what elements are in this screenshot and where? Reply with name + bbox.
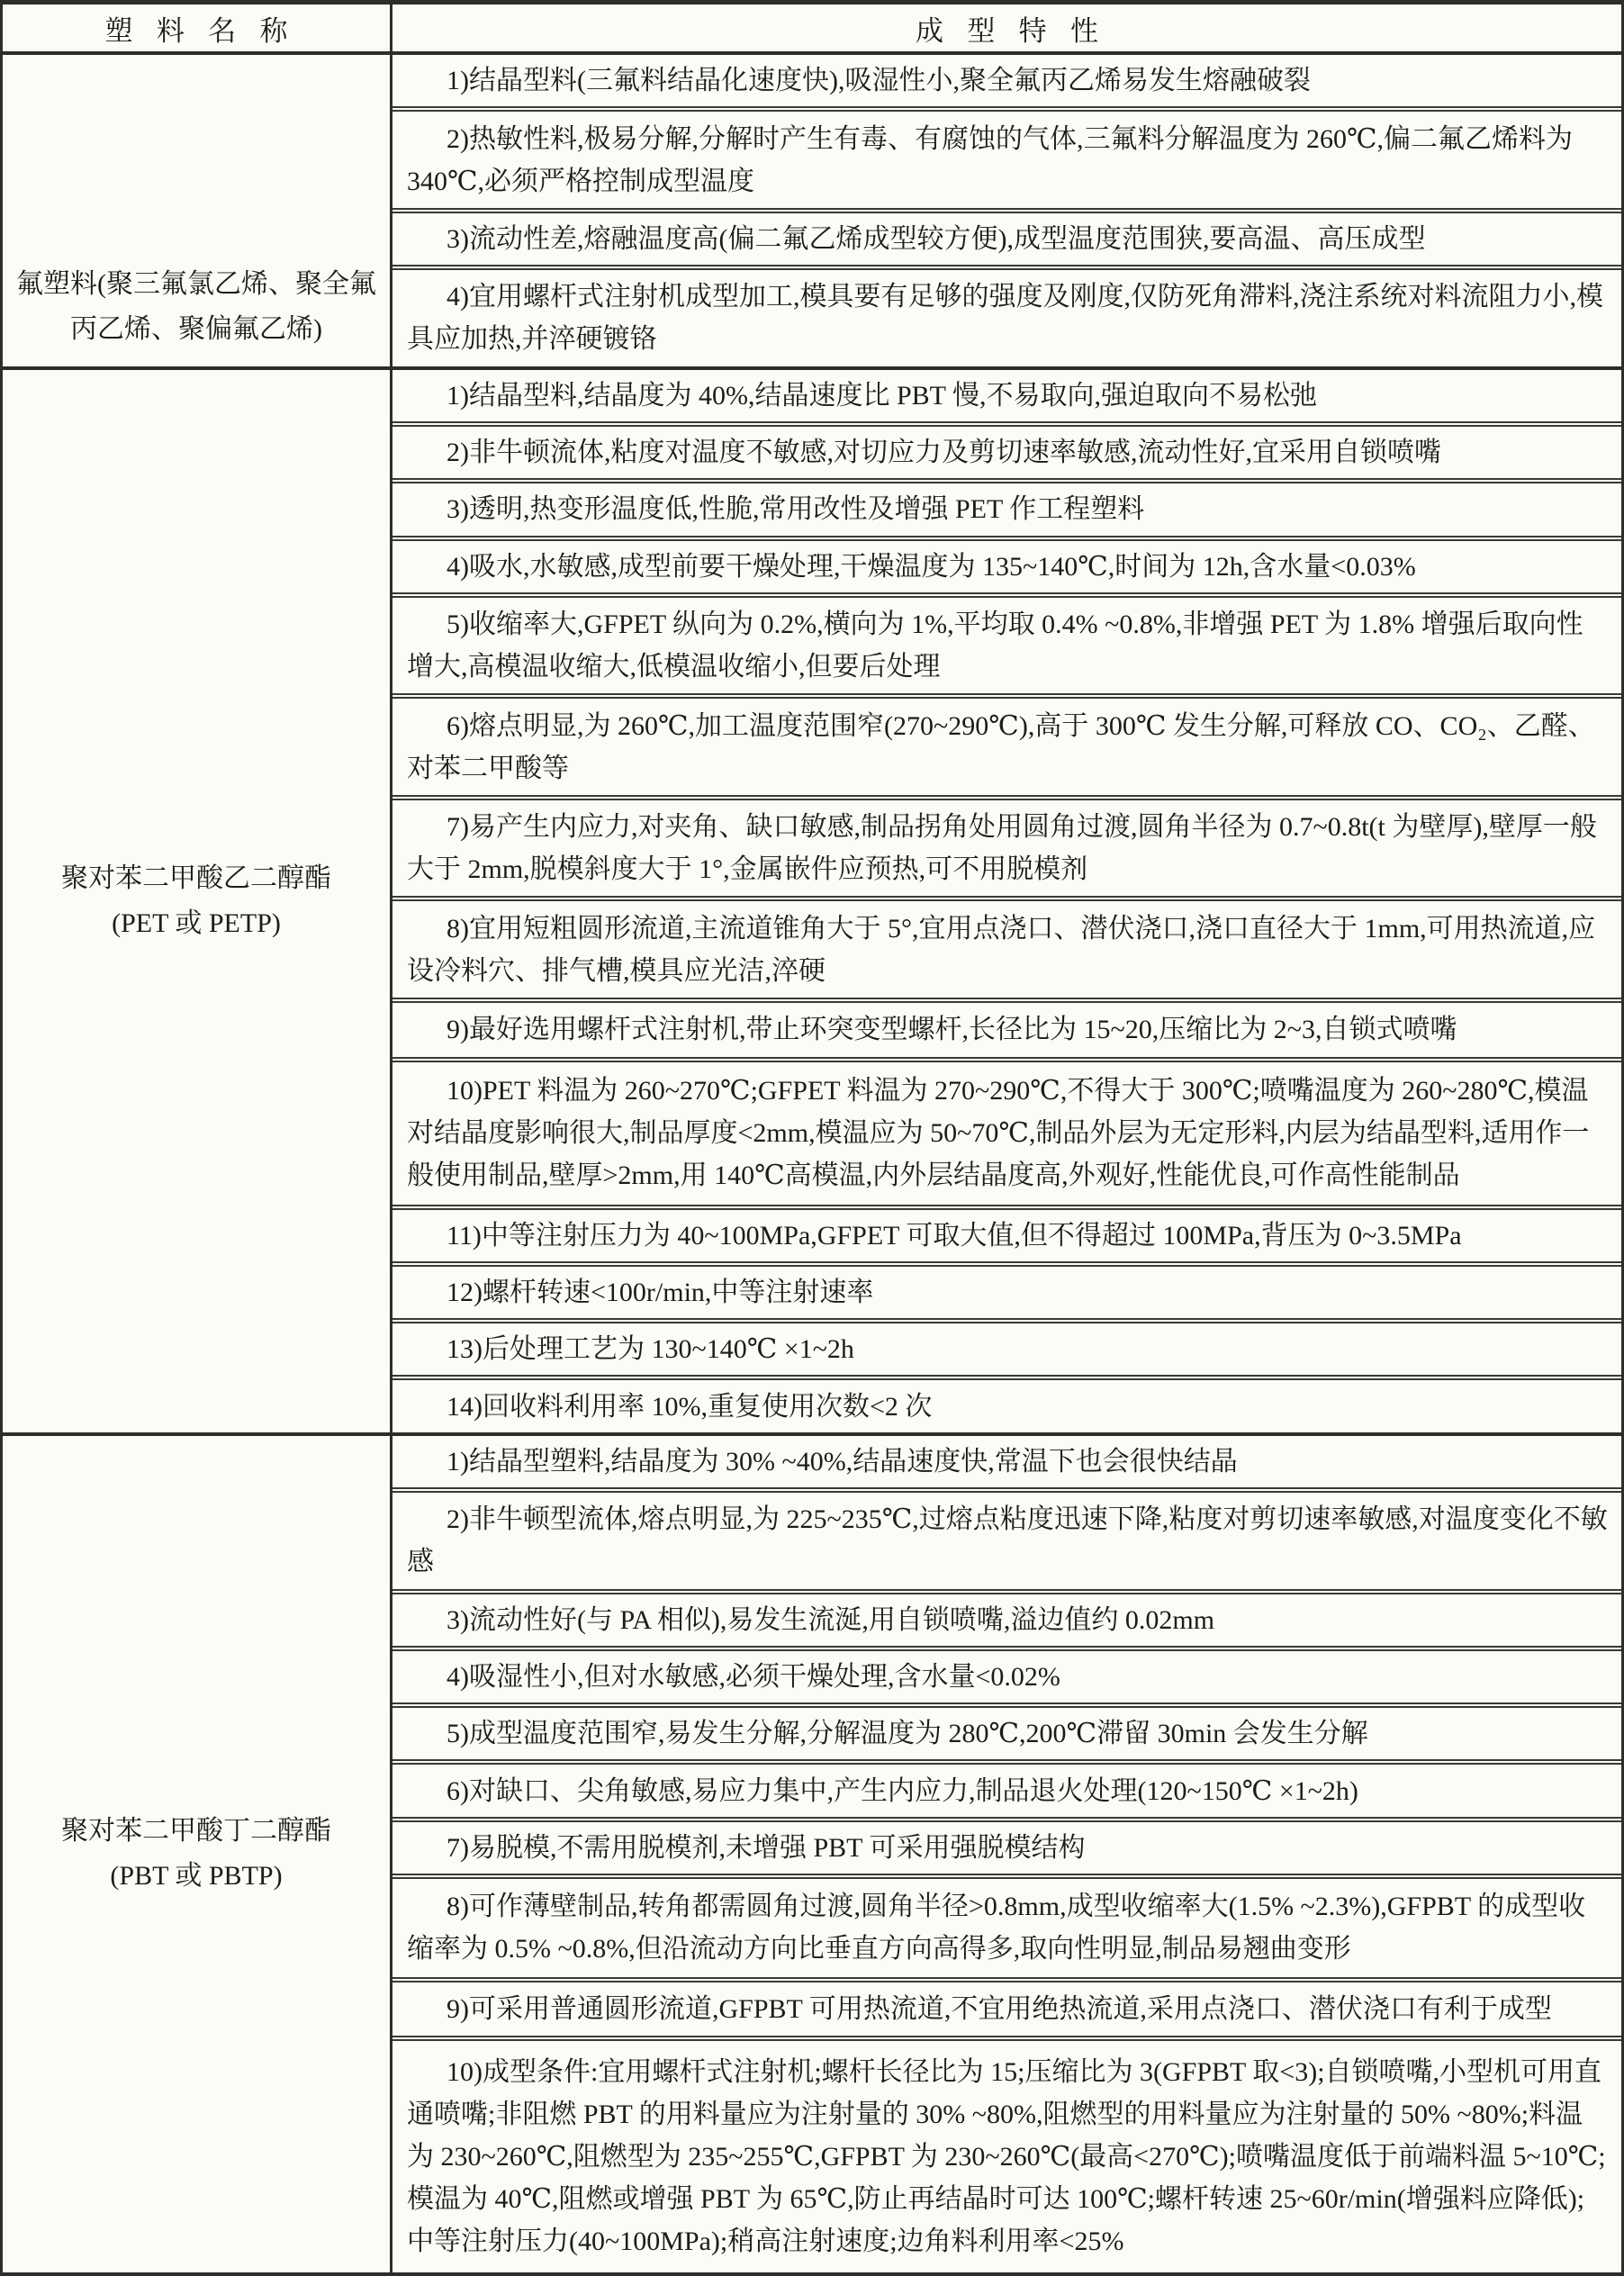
feature-text: 2)非牛顿型流体,熔点明显,为 225~235℃,过熔点粘度迅速下降,粘度对剪切…: [407, 1498, 1609, 1583]
feature-text: 5)成型温度范围窄,易发生分解,分解温度为 280℃,200℃滞留 30min …: [407, 1712, 1609, 1755]
group-fluoroplastics: 氟塑料(聚三氟氯乙烯、聚全氟丙乙烯、聚偏氟乙烯) 1)结晶型料(三氟料结晶化速度…: [3, 51, 1621, 366]
feature-text: 3)流动性差,熔融温度高(偏二氟乙烯成型较方便),成型温度范围狭,要高温、高压成…: [407, 218, 1609, 260]
feature-row: 4)吸湿性小,但对水敏感,必须干燥处理,含水量<0.02%: [392, 1646, 1621, 1702]
feature-row: 9)可采用普通圆形流道,GFPBT 可用热流道,不宜用绝热流道,采用点浇口、潜伏…: [392, 1977, 1621, 2037]
plastic-name: 聚对苯二甲酸乙二醇酯: [61, 856, 331, 901]
feature-row: 14)回收料利用率 10%,重复使用次数<2 次: [392, 1375, 1621, 1432]
table-header-row: 塑料名称 成型特性: [3, 5, 1621, 51]
feature-row: 1)结晶型料(三氟料结晶化速度快),吸湿性小,聚全氟丙乙烯易发生熔融破裂: [392, 55, 1621, 106]
feature-text: 1)结晶型塑料,结晶度为 30% ~40%,结晶速度快,常温下也会很快结晶: [407, 1441, 1609, 1483]
feature-text: 10)成型条件:宜用螺杆式注射机;螺杆长径比为 15;压缩比为 3(GFPBT …: [407, 2051, 1609, 2262]
molding-characteristics-table: 塑料名称 成型特性 氟塑料(聚三氟氯乙烯、聚全氟丙乙烯、聚偏氟乙烯) 1)结晶型…: [0, 0, 1624, 2276]
feature-row: 1)结晶型塑料,结晶度为 30% ~40%,结晶速度快,常温下也会很快结晶: [392, 1436, 1621, 1487]
feature-row: 2)非牛顿流体,粘度对温度不敏感,对切应力及剪切速率敏感,流动性好,宜采用自锁喷…: [392, 421, 1621, 478]
feature-text: 1)结晶型料,结晶度为 40%,结晶速度比 PBT 慢,不易取向,强迫取向不易松…: [407, 375, 1609, 417]
feature-text: 8)宜用短粗圆形流道,主流道锥角大于 5°,宜用点浇口、潜伏浇口,浇口直径大于 …: [407, 908, 1609, 992]
feature-row: 8)可作薄壁制品,转角都需圆角过渡,圆角半径>0.8mm,成型收缩率大(1.5%…: [392, 1874, 1621, 1977]
feature-row: 8)宜用短粗圆形流道,主流道锥角大于 5°,宜用点浇口、潜伏浇口,浇口直径大于 …: [392, 896, 1621, 998]
feature-row: 6)熔点明显,为 260℃,加工温度范围窄(270~290℃),高于 300℃ …: [392, 693, 1621, 795]
feature-row: 7)易产生内应力,对夹角、缺口敏感,制品拐角处用圆角过渡,圆角半径为 0.7~0…: [392, 795, 1621, 897]
feature-row: 7)易脱模,不需用脱模剂,未增强 PBT 可采用强脱模结构: [392, 1817, 1621, 1874]
feature-text: 2)非牛顿流体,粘度对温度不敏感,对切应力及剪切速率敏感,流动性好,宜采用自锁喷…: [407, 431, 1609, 474]
feature-row: 9)最好选用螺杆式注射机,带止环突变型螺杆,长径比为 15~20,压缩比为 2~…: [392, 998, 1621, 1057]
feature-text: 7)易脱模,不需用脱模剂,未增强 PBT 可采用强脱模结构: [407, 1827, 1609, 1869]
feature-text: 4)吸水,水敏感,成型前要干燥处理,干燥温度为 135~140℃,时间为 12h…: [407, 546, 1609, 588]
feature-row: 12)螺杆转速<100r/min,中等注射速率: [392, 1261, 1621, 1318]
feature-row: 2)热敏性料,极易分解,分解时产生有毒、有腐蚀的气体,三氟料分解温度为 260℃…: [392, 106, 1621, 208]
feature-row: 5)成型温度范围窄,易发生分解,分解温度为 280℃,200℃滞留 30min …: [392, 1702, 1621, 1759]
feature-row: 11)中等注射压力为 40~100MPa,GFPET 可取大值,但不得超过 10…: [392, 1205, 1621, 1261]
feature-row: 1)结晶型料,结晶度为 40%,结晶速度比 PBT 慢,不易取向,强迫取向不易松…: [392, 370, 1621, 421]
feature-row: 2)非牛顿型流体,熔点明显,为 225~235℃,过熔点粘度迅速下降,粘度对剪切…: [392, 1487, 1621, 1589]
feature-row: 10)成型条件:宜用螺杆式注射机;螺杆长径比为 15;压缩比为 3(GFPBT …: [392, 2036, 1621, 2272]
group-pet: 聚对苯二甲酸乙二醇酯 (PET 或 PETP) 1)结晶型料,结晶度为 40%,…: [3, 366, 1621, 1432]
feature-row: 13)后处理工艺为 130~140℃ ×1~2h: [392, 1318, 1621, 1375]
plastic-name: 氟塑料(聚三氟氯乙烯、聚全氟丙乙烯、聚偏氟乙烯): [15, 262, 377, 352]
feature-text: 8)可作薄壁制品,转角都需圆角过渡,圆角半径>0.8mm,成型收缩率大(1.5%…: [407, 1885, 1609, 1970]
feature-row: 10)PET 料温为 260~270℃;GFPET 料温为 270~290℃,不…: [392, 1057, 1621, 1205]
plastic-abbr: (PET 或 PETP): [112, 901, 281, 946]
feature-text: 6)熔点明显,为 260℃,加工温度范围窄(270~290℃),高于 300℃ …: [407, 705, 1609, 790]
feature-text: 9)可采用普通圆形流道,GFPBT 可用热流道,不宜用绝热流道,采用点浇口、潜伏…: [407, 1988, 1609, 2030]
feature-text: 12)螺杆转速<100r/min,中等注射速率: [407, 1271, 1609, 1314]
feature-rows: 1)结晶型塑料,结晶度为 30% ~40%,结晶速度快,常温下也会很快结晶 2)…: [392, 1436, 1621, 2272]
feature-row: 5)收缩率大,GFPET 纵向为 0.2%,横向为 1%,平均取 0.4% ~0…: [392, 592, 1621, 694]
header-molding-characteristics: 成型特性: [392, 5, 1621, 51]
feature-text: 6)对缺口、尖角敏感,易应力集中,产生内应力,制品退火处理(120~150℃ ×…: [407, 1770, 1609, 1812]
feature-text: 1)结晶型料(三氟料结晶化速度快),吸湿性小,聚全氟丙乙烯易发生熔融破裂: [407, 59, 1609, 102]
feature-rows: 1)结晶型料(三氟料结晶化速度快),吸湿性小,聚全氟丙乙烯易发生熔融破裂 2)热…: [392, 55, 1621, 366]
plastic-name-cell: 聚对苯二甲酸丁二醇酯 (PBT 或 PBTP): [3, 1436, 392, 2272]
feature-text: 10)PET 料温为 260~270℃;GFPET 料温为 270~290℃,不…: [407, 1070, 1609, 1197]
feature-row: 3)透明,热变形温度低,性脆,常用改性及增强 PET 作工程塑料: [392, 478, 1621, 535]
feature-rows: 1)结晶型料,结晶度为 40%,结晶速度比 PBT 慢,不易取向,强迫取向不易松…: [392, 370, 1621, 1432]
plastic-abbr: (PBT 或 PBTP): [110, 1854, 282, 1899]
feature-row: 4)宜用螺杆式注射机成型加工,模具要有足够的强度及刚度,仅防死角滞料,浇注系统对…: [392, 265, 1621, 366]
feature-text: 2)热敏性料,极易分解,分解时产生有毒、有腐蚀的气体,三氟料分解温度为 260℃…: [407, 118, 1609, 203]
plastic-name-cell: 聚对苯二甲酸乙二醇酯 (PET 或 PETP): [3, 370, 392, 1432]
feature-row: 3)流动性好(与 PA 相似),易发生流涎,用自锁喷嘴,溢边值约 0.02mm: [392, 1589, 1621, 1646]
feature-row: 3)流动性差,熔融温度高(偏二氟乙烯成型较方便),成型温度范围狭,要高温、高压成…: [392, 208, 1621, 265]
group-pbt: 聚对苯二甲酸丁二醇酯 (PBT 或 PBTP) 1)结晶型塑料,结晶度为 30%…: [3, 1432, 1621, 2272]
feature-text: 3)透明,热变形温度低,性脆,常用改性及增强 PET 作工程塑料: [407, 488, 1609, 530]
feature-text: 5)收缩率大,GFPET 纵向为 0.2%,横向为 1%,平均取 0.4% ~0…: [407, 603, 1609, 688]
feature-text: 13)后处理工艺为 130~140℃ ×1~2h: [407, 1328, 1609, 1370]
feature-row: 4)吸水,水敏感,成型前要干燥处理,干燥温度为 135~140℃,时间为 12h…: [392, 536, 1621, 592]
plastic-name: 聚对苯二甲酸丁二醇酯: [61, 1809, 331, 1854]
feature-text: 11)中等注射压力为 40~100MPa,GFPET 可取大值,但不得超过 10…: [407, 1215, 1609, 1257]
feature-text: 3)流动性好(与 PA 相似),易发生流涎,用自锁喷嘴,溢边值约 0.02mm: [407, 1599, 1609, 1641]
feature-text: 4)吸湿性小,但对水敏感,必须干燥处理,含水量<0.02%: [407, 1656, 1609, 1698]
feature-text: 7)易产生内应力,对夹角、缺口敏感,制品拐角处用圆角过渡,圆角半径为 0.7~0…: [407, 806, 1609, 890]
feature-text: 9)最好选用螺杆式注射机,带止环突变型螺杆,长径比为 15~20,压缩比为 2~…: [407, 1008, 1609, 1051]
feature-text: 4)宜用螺杆式注射机成型加工,模具要有足够的强度及刚度,仅防死角滞料,浇注系统对…: [407, 275, 1609, 360]
feature-text: 14)回收料利用率 10%,重复使用次数<2 次: [407, 1386, 1609, 1428]
plastic-name-cell: 氟塑料(聚三氟氯乙烯、聚全氟丙乙烯、聚偏氟乙烯): [3, 55, 392, 366]
feature-row: 6)对缺口、尖角敏感,易应力集中,产生内应力,制品退火处理(120~150℃ ×…: [392, 1759, 1621, 1816]
header-plastic-name: 塑料名称: [3, 5, 392, 51]
